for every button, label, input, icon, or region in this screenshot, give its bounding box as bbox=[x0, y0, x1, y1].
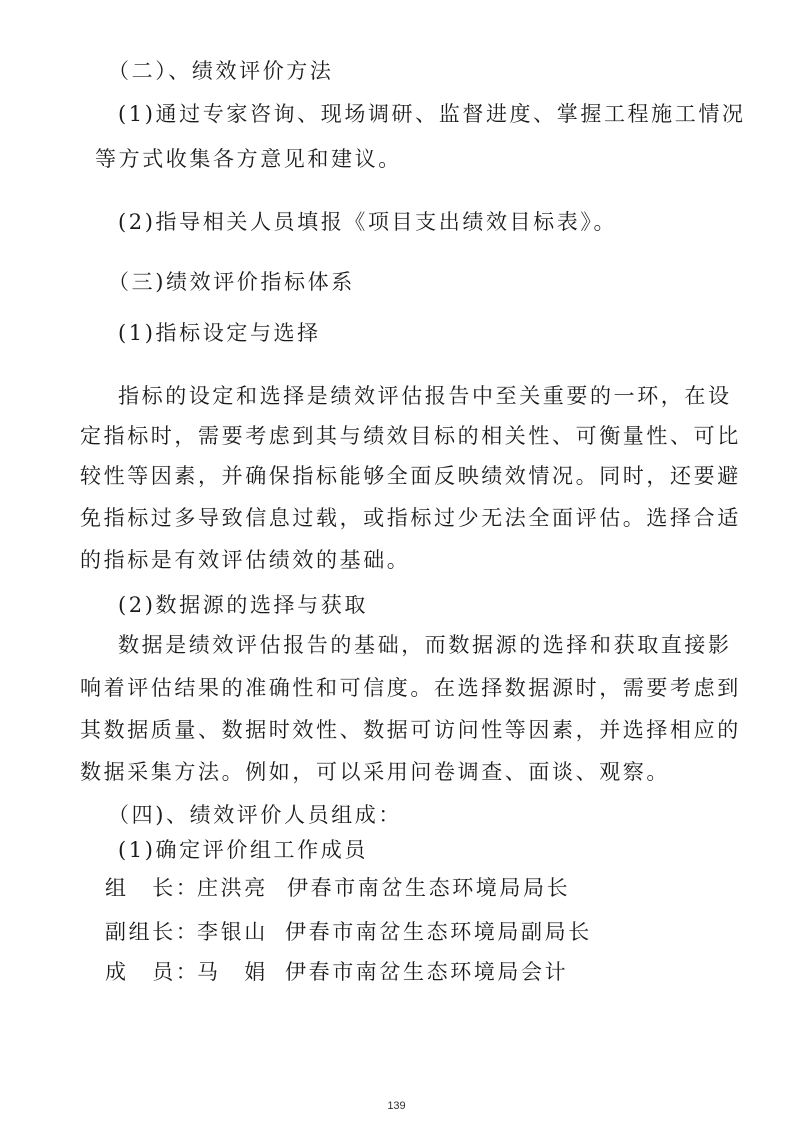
section-2-item-2: (2)指导相关人员填报《项目支出绩效目标表》。 bbox=[118, 209, 617, 235]
member-position: 伊春市南岔生态环境局局长 bbox=[287, 875, 570, 901]
member-name: 庄洪亮 bbox=[197, 875, 268, 901]
section-2-item-1-line-1: (1)通过专家咨询、现场调研、监督进度、掌握工程施工情况 bbox=[118, 101, 746, 127]
page-number: 139 bbox=[0, 1100, 793, 1112]
member-role: 副组长： bbox=[105, 919, 199, 945]
member-role: 成 员： bbox=[105, 959, 199, 985]
section-2-item-1-line-2: 等方式收集各方意见和建议。 bbox=[95, 146, 402, 172]
paragraph-line: 免指标过多导致信息过载，或指标过少无法全面评估。选择合适 bbox=[80, 505, 741, 531]
section-2-heading: （二）、绩效评价方法 bbox=[108, 58, 334, 84]
paragraph-line: 较性等因素，并确保指标能够全面反映绩效情况。同时，还要避 bbox=[80, 463, 741, 489]
member-position: 伊春市南岔生态环境局会计 bbox=[285, 959, 568, 985]
section-3-sub-2-title: (2)数据源的选择与获取 bbox=[118, 592, 368, 618]
section-3-sub-1-title: (1)指标设定与选择 bbox=[118, 320, 321, 346]
member-name: 马 娟 bbox=[197, 959, 268, 985]
paragraph-line: 其数据质量、数据时效性、数据可访问性等因素，并选择相应的 bbox=[80, 717, 741, 743]
section-4-sub-1-title: (1)确定评价组工作成员 bbox=[118, 837, 368, 863]
section-3-heading: （三)绩效评价指标体系 bbox=[108, 269, 355, 295]
member-role: 组 长： bbox=[105, 875, 199, 901]
paragraph-line: 数据是绩效评估报告的基础，而数据源的选择和获取直接影 bbox=[118, 632, 732, 658]
paragraph-line: 数据采集方法。例如，可以采用问卷调查、面谈、观察。 bbox=[80, 759, 670, 785]
member-name: 李银山 bbox=[197, 919, 268, 945]
paragraph-line: 定指标时，需要考虑到其与绩效目标的相关性、可衡量性、可比 bbox=[80, 423, 741, 449]
paragraph-line: 指标的设定和选择是绩效评估报告中至关重要的一环，在设 bbox=[118, 383, 732, 409]
paragraph-line: 的指标是有效评估绩效的基础。 bbox=[80, 547, 410, 573]
member-position: 伊春市南岔生态环境局副局长 bbox=[285, 919, 592, 945]
paragraph-line: 响着评估结果的准确性和可信度。在选择数据源时，需要考虑到 bbox=[80, 675, 741, 701]
section-4-heading: （四)、绩效评价人员组成： bbox=[108, 802, 402, 828]
